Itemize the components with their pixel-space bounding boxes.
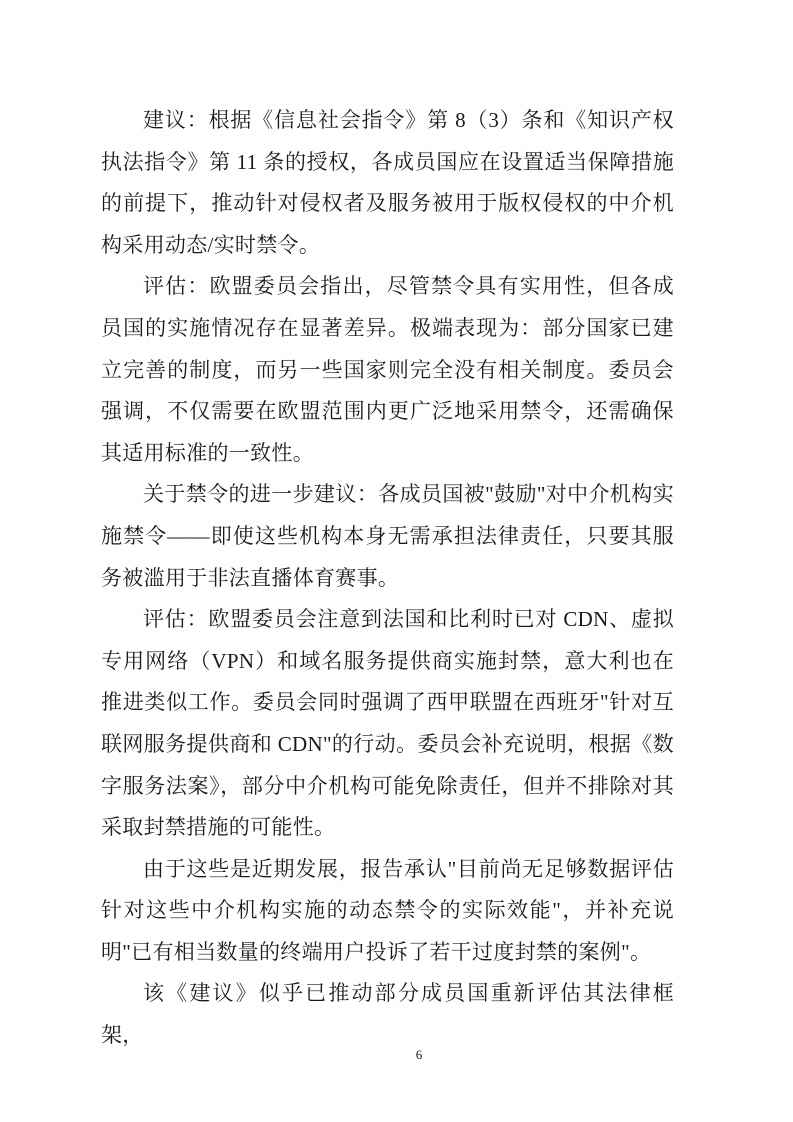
paragraph-assessment-cdn-vpn: 评估：欧盟委员会注意到法国和比利时已对 CDN、虚拟专用网络（VPN）和域名服务… xyxy=(101,599,674,849)
document-body: 建议：根据《信息社会指令》第 8（3）条和《知识产权执法指令》第 11 条的授权… xyxy=(101,100,674,1057)
paragraph-recent-developments: 由于这些是近期发展，报告承认"目前尚无足够数据评估针对这些中介机构实施的动态禁令… xyxy=(101,849,674,974)
paragraph-further-recommendation: 关于禁令的进一步建议：各成员国被"鼓励"对中介机构实施禁令——即使这些机构本身无… xyxy=(101,474,674,599)
page-number: 6 xyxy=(416,1047,423,1063)
document-page: 建议：根据《信息社会指令》第 8（3）条和《知识产权执法指令》第 11 条的授权… xyxy=(0,0,793,1122)
paragraph-recommendation-injunctions: 建议：根据《信息社会指令》第 8（3）条和《知识产权执法指令》第 11 条的授权… xyxy=(101,100,674,266)
paragraph-assessment-member-states: 评估：欧盟委员会指出，尽管禁令具有实用性，但各成员国的实施情况存在显著差异。极端… xyxy=(101,266,674,474)
paragraph-legal-framework: 该《建议》似乎已推动部分成员国重新评估其法律框架， xyxy=(101,973,674,1056)
